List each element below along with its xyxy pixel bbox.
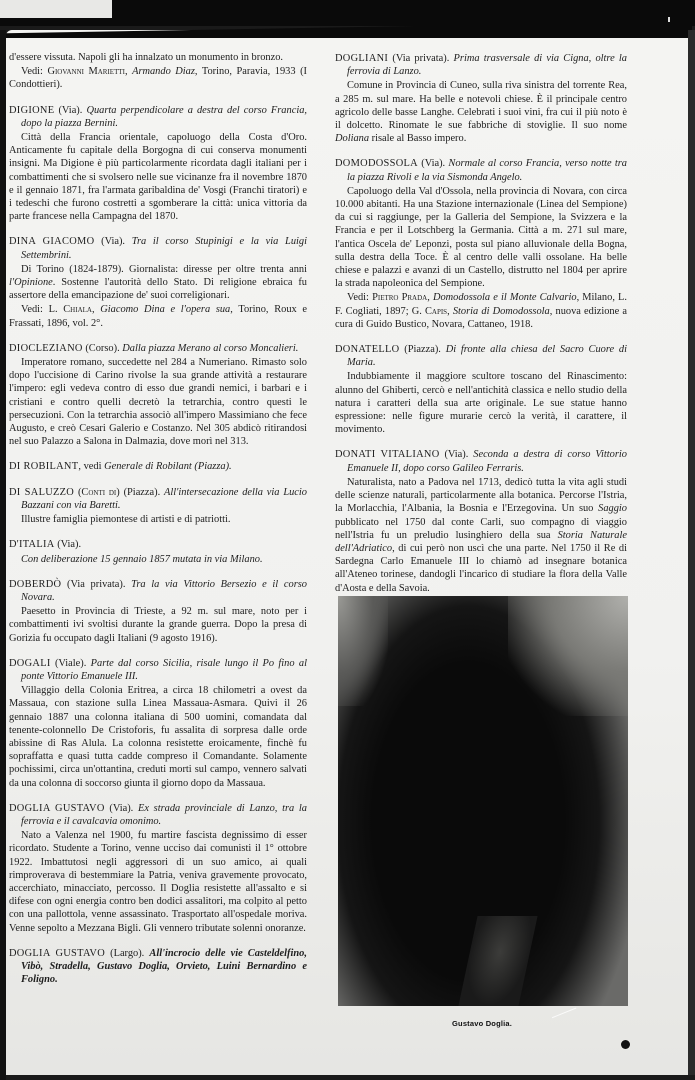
street-name: D'ITALIA (9, 539, 55, 550)
ref-title: Armando Diaz (132, 66, 195, 77)
ref-author: Giovanni Marietti (47, 66, 125, 77)
street-name: DOGLIA GUSTAVO (9, 948, 105, 959)
entry-heading: DI ROBILANT, vedi Generale di Robilant (… (9, 460, 307, 473)
entry-reference: Vedi: L. Chiala, Giacomo Dina e l'opera … (9, 303, 307, 329)
street-name: DOGLIA GUSTAVO (9, 803, 105, 814)
street-type: (Largo). (110, 948, 144, 959)
entry-body: Capoluogo della Val d'Ossola, nella prov… (335, 185, 627, 291)
entry-doberdo: DOBERDÒ (Via privata). Tra la via Vittor… (9, 578, 307, 645)
entry-doglia-gustavo-via: DOGLIA GUSTAVO (Via). Ex strada provinci… (9, 802, 307, 935)
entry-heading: DINA GIACOMO (Via). Tra il corso Stupini… (9, 235, 307, 261)
street-type: (Via). (109, 803, 133, 814)
street-name: DONATELLO (335, 344, 399, 355)
entry-body: Naturalista, nato a Padova nel 1713, ded… (335, 476, 627, 595)
street-name: DOGLIANI (335, 53, 388, 64)
scan-right-border (688, 30, 695, 1075)
street-name: DOMODOSSOLA (335, 158, 418, 169)
entry-diocleziano: DIOCLEZIANO (Corso). Dalla piazza Merano… (9, 342, 307, 449)
street-type: (Corso). (85, 343, 119, 354)
street-name: DINA GIACOMO (9, 236, 94, 247)
entry-heading: DIGIONE (Via). Quarta perpendicolare a d… (9, 104, 307, 130)
street-type: (Via privata). (67, 579, 125, 590)
right-column: DOGLIANI (Via privata). Prima trasversal… (335, 52, 627, 607)
entry-heading: DONATI VITALIANO (Via). Seconda a destra… (335, 448, 627, 474)
entry-body: Imperatore romano, succedette nel 284 a … (9, 356, 307, 448)
entry-reference: Vedi: Pietro Prada, Domodossola e il Mon… (335, 291, 627, 331)
photo-background-light (338, 596, 388, 706)
photo-caption: Gustavo Doglia. (452, 1019, 512, 1028)
scan-top-border (0, 0, 695, 26)
entry-heading: D'ITALIA (Via). (9, 538, 307, 551)
cross-reference-label: , vedi (78, 461, 101, 472)
entry-donati-vitaliano: DONATI VITALIANO (Via). Seconda a destra… (335, 448, 627, 594)
entry-body: Di Torino (1824-1879). Giornalista: dire… (9, 263, 307, 303)
street-location: Dalla piazza Merano al corso Moncalieri. (122, 343, 298, 354)
entry-body: Comune in Provincia di Cuneo, sulla riva… (335, 79, 627, 145)
street-name: DOBERDÒ (9, 579, 61, 590)
scan-mark (668, 17, 670, 22)
entry-body: Illustre famiglia piemontese di artisti … (9, 513, 307, 526)
entry-body: Città della Francia orientale, capoluogo… (9, 131, 307, 223)
scan-ink-dot (621, 1040, 630, 1049)
street-name: DIGIONE (9, 105, 54, 116)
photo-background-light (508, 596, 628, 716)
entry-continuation: d'essere vissuta. Napoli gli ha innalzat… (9, 51, 307, 92)
entry-body: Indubbiamente il maggiore scultore tosca… (335, 370, 627, 436)
street-name: DI SALUZZO (9, 487, 74, 498)
entry-body: Villaggio della Colonia Eritrea, a circa… (9, 684, 307, 790)
street-type: (Via). (58, 105, 82, 116)
entry-dina-giacomo: DINA GIACOMO (Via). Tra il corso Stupini… (9, 235, 307, 329)
street-name: DIOCLEZIANO (9, 343, 83, 354)
entry-body: Con deliberazione 15 gennaio 1857 mutata… (9, 553, 307, 566)
entry-heading: DI SALUZZO (Conti di) (Piazza). All'inte… (9, 486, 307, 512)
entry-heading: DOGLIA GUSTAVO (Via). Ex strada provinci… (9, 802, 307, 828)
entry-heading: DOGLIA GUSTAVO (Largo). All'incrocio del… (9, 947, 307, 987)
entry-heading: DOMODOSSOLA (Via). Normale al corso Fran… (335, 157, 627, 183)
street-type: (Via). (57, 539, 81, 550)
entry-dogali: DOGALI (Viale). Parte dal corso Sicilia,… (9, 657, 307, 790)
entry-heading: DIOCLEZIANO (Corso). Dalla piazza Merano… (9, 342, 307, 355)
street-type: (Via privata). (392, 53, 449, 64)
entry-heading: DOBERDÒ (Via privata). Tra la via Vittor… (9, 578, 307, 604)
entry-doglia-gustavo-largo: DOGLIA GUSTAVO (Largo). All'incrocio del… (9, 947, 307, 987)
left-column: d'essere vissuta. Napoli gli ha innalzat… (9, 50, 307, 998)
entry-di-robilant: DI ROBILANT, vedi Generale di Robilant (… (9, 460, 307, 473)
page-curl-shadow (6, 26, 692, 38)
street-type: (Piazza). (404, 344, 441, 355)
portrait-photo (338, 596, 628, 1006)
photo-collar-detail (458, 916, 537, 1006)
street-type: (Via). (101, 236, 125, 247)
entry-heading: DONATELLO (Piazza). Di fronte alla chies… (335, 343, 627, 369)
street-type: (Piazza). (124, 487, 161, 498)
continuation-text: d'essere vissuta. Napoli gli ha innalzat… (9, 51, 307, 64)
cross-reference-target: Generale di Robilant (Piazza). (104, 461, 232, 472)
continuation-reference: Vedi: Giovanni Marietti, Armando Diaz, T… (9, 65, 307, 91)
entry-dogliani: DOGLIANI (Via privata). Prima trasversal… (335, 52, 627, 145)
street-location: Prima trasversale di via Cigna, oltre la… (347, 53, 627, 77)
entry-donatello: DONATELLO (Piazza). Di fronte alla chies… (335, 343, 627, 436)
entry-digione: DIGIONE (Via). Quarta perpendicolare a d… (9, 104, 307, 224)
street-type: (Via). (444, 449, 468, 460)
street-location: Tra la via Vittorio Bersezio e il corso … (21, 579, 307, 603)
entry-heading: DOGLIANI (Via privata). Prima trasversal… (335, 52, 627, 78)
entry-di-saluzzo: DI SALUZZO (Conti di) (Piazza). All'inte… (9, 486, 307, 527)
entry-body: Paesetto in Provincia di Trieste, a 92 m… (9, 605, 307, 645)
street-type: (Viale). (55, 658, 86, 669)
entry-d-italia: D'ITALIA (Via). Con deliberazione 15 gen… (9, 538, 307, 565)
street-name: DONATI VITALIANO (335, 449, 440, 460)
street-name: DOGALI (9, 658, 51, 669)
entry-heading: DOGALI (Viale). Parte dal corso Sicilia,… (9, 657, 307, 683)
entry-body: Nato a Valenza nel 1900, fu martire fasc… (9, 829, 307, 935)
street-type: (Via). (421, 158, 445, 169)
scan-artifact (0, 0, 112, 18)
entry-domodossola: DOMODOSSOLA (Via). Normale al corso Fran… (335, 157, 627, 331)
street-name: DI ROBILANT (9, 461, 78, 472)
